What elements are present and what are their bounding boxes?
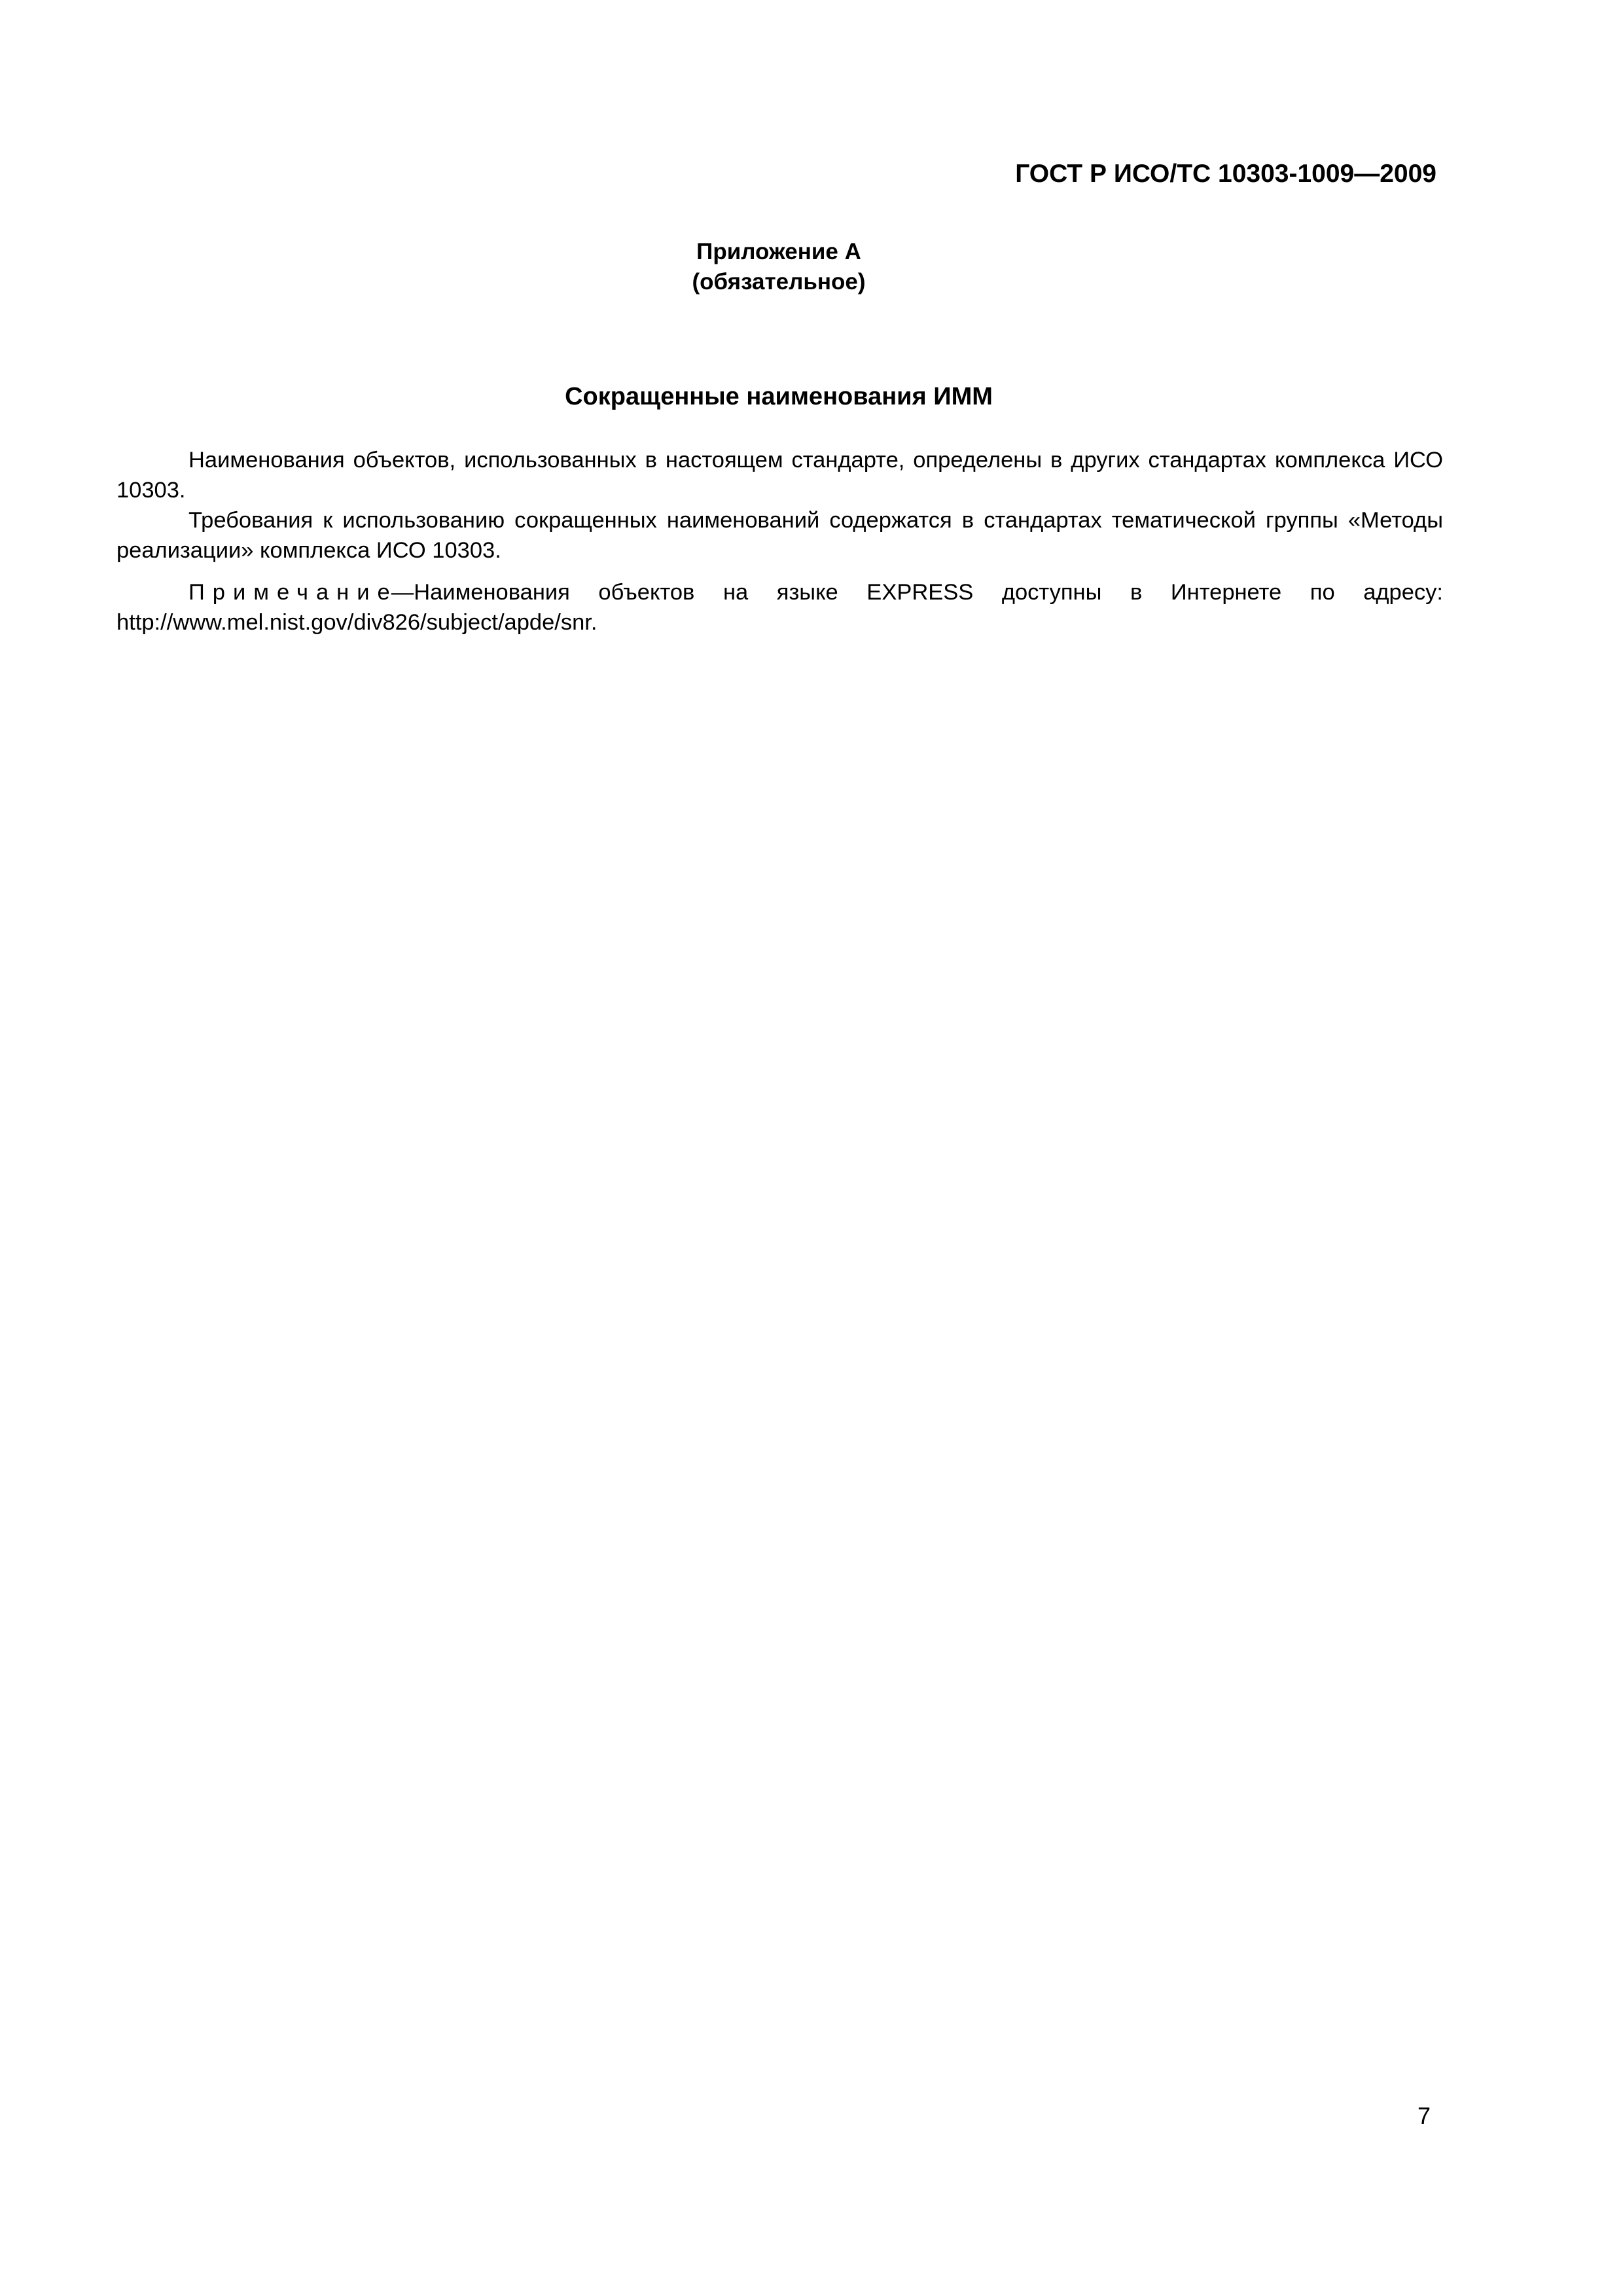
section-title: Сокращенные наименования ИММ	[0, 383, 1558, 411]
appendix-status: (обязательное)	[0, 267, 1558, 297]
paragraph-object-names: Наименования объектов, использованных в …	[116, 445, 1443, 505]
note: Примечание—Наименования объектов на язык…	[116, 577, 1443, 637]
appendix-title: Приложение А	[0, 237, 1558, 267]
paragraph-requirements: Требования к использованию сокращенных н…	[116, 505, 1443, 565]
page-number: 7	[1418, 2102, 1431, 2130]
document-code-header: ГОСТ Р ИСО/ТС 10303-1009—2009	[1015, 160, 1436, 188]
document-page: ГОСТ Р ИСО/ТС 10303-1009—2009 Приложение…	[0, 0, 1623, 2296]
body-text: Наименования объектов, использованных в …	[116, 445, 1443, 660]
appendix-heading: Приложение А (обязательное)	[0, 237, 1558, 297]
note-label: Примечание	[188, 580, 398, 605]
note-dash: —	[391, 580, 414, 605]
